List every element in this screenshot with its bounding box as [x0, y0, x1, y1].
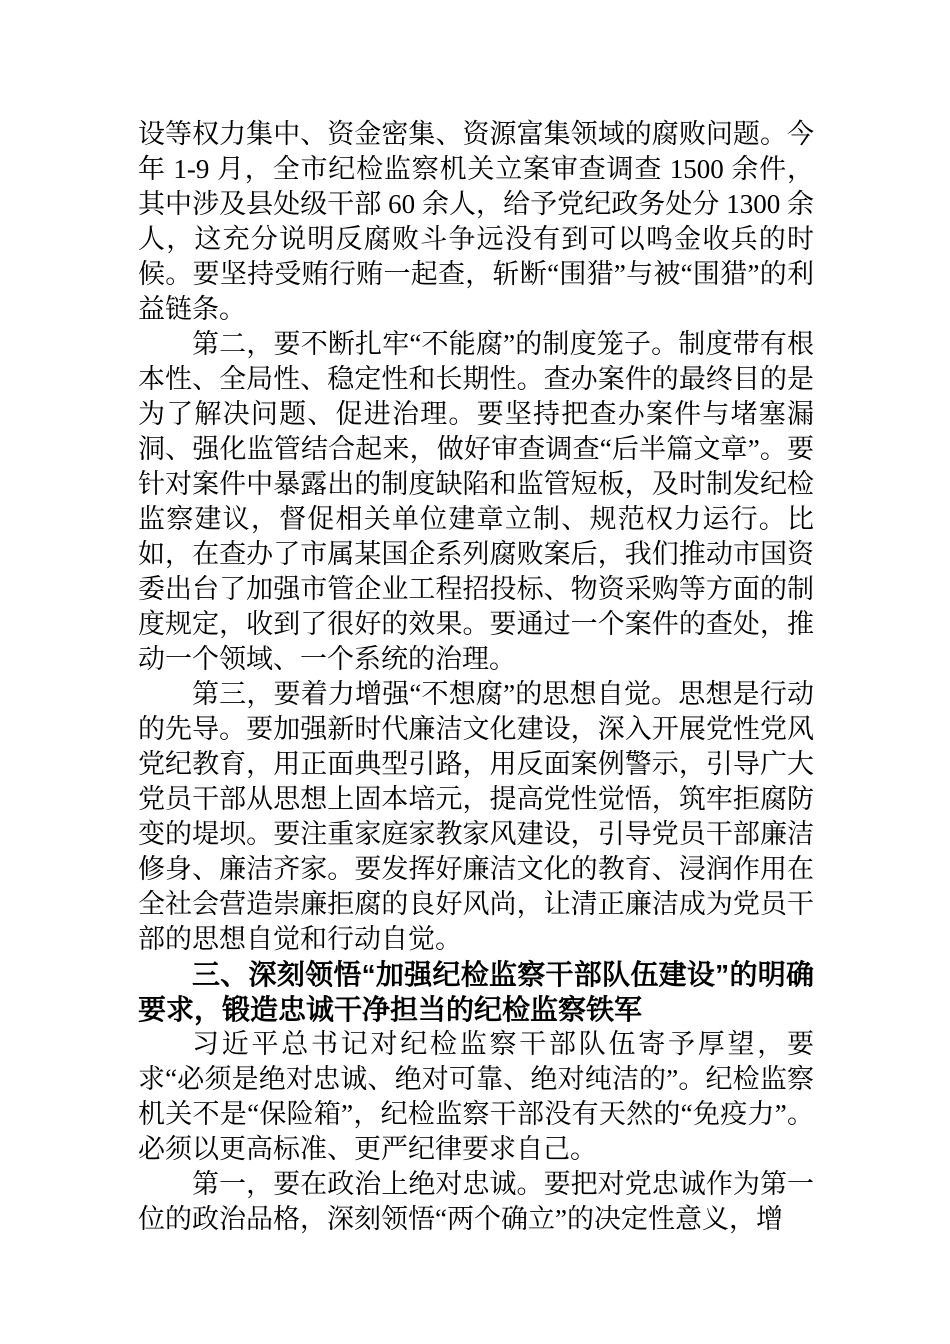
body-paragraph-continuation: 设等权力集中、资金密集、资源富集领域的腐败问题。今年 1-9 月，全市纪检监察机… [138, 117, 814, 327]
document-page: 设等权力集中、资金密集、资源富集领域的腐败问题。今年 1-9 月，全市纪检监察机… [0, 0, 950, 1344]
body-paragraph-first-point-cut-off: 第一，要在政治上绝对忠诚。要把对党忠诚作为第一位的政治品格，深刻领悟“两个确立”… [138, 1167, 814, 1237]
body-paragraph-third-point: 第三，要着力增强“不想腐”的思想自觉。思想是行动的先导。要加强新时代廉洁文化建设… [138, 677, 814, 957]
section-heading-three: 三、深刻领悟“加强纪检监察干部队伍建设”的明确要求，锻造忠诚干净担当的纪检监察铁… [138, 957, 814, 1027]
text-column: 设等权力集中、资金密集、资源富集领域的腐败问题。今年 1-9 月，全市纪检监察机… [138, 117, 814, 1237]
body-paragraph-second-point: 第二，要不断扎牢“不能腐”的制度笼子。制度带有根本性、全局性、稳定性和长期性。查… [138, 327, 814, 677]
body-paragraph-quote: 习近平总书记对纪检监察干部队伍寄予厚望，要求“必须是绝对忠诚、绝对可靠、绝对纯洁… [138, 1027, 814, 1167]
